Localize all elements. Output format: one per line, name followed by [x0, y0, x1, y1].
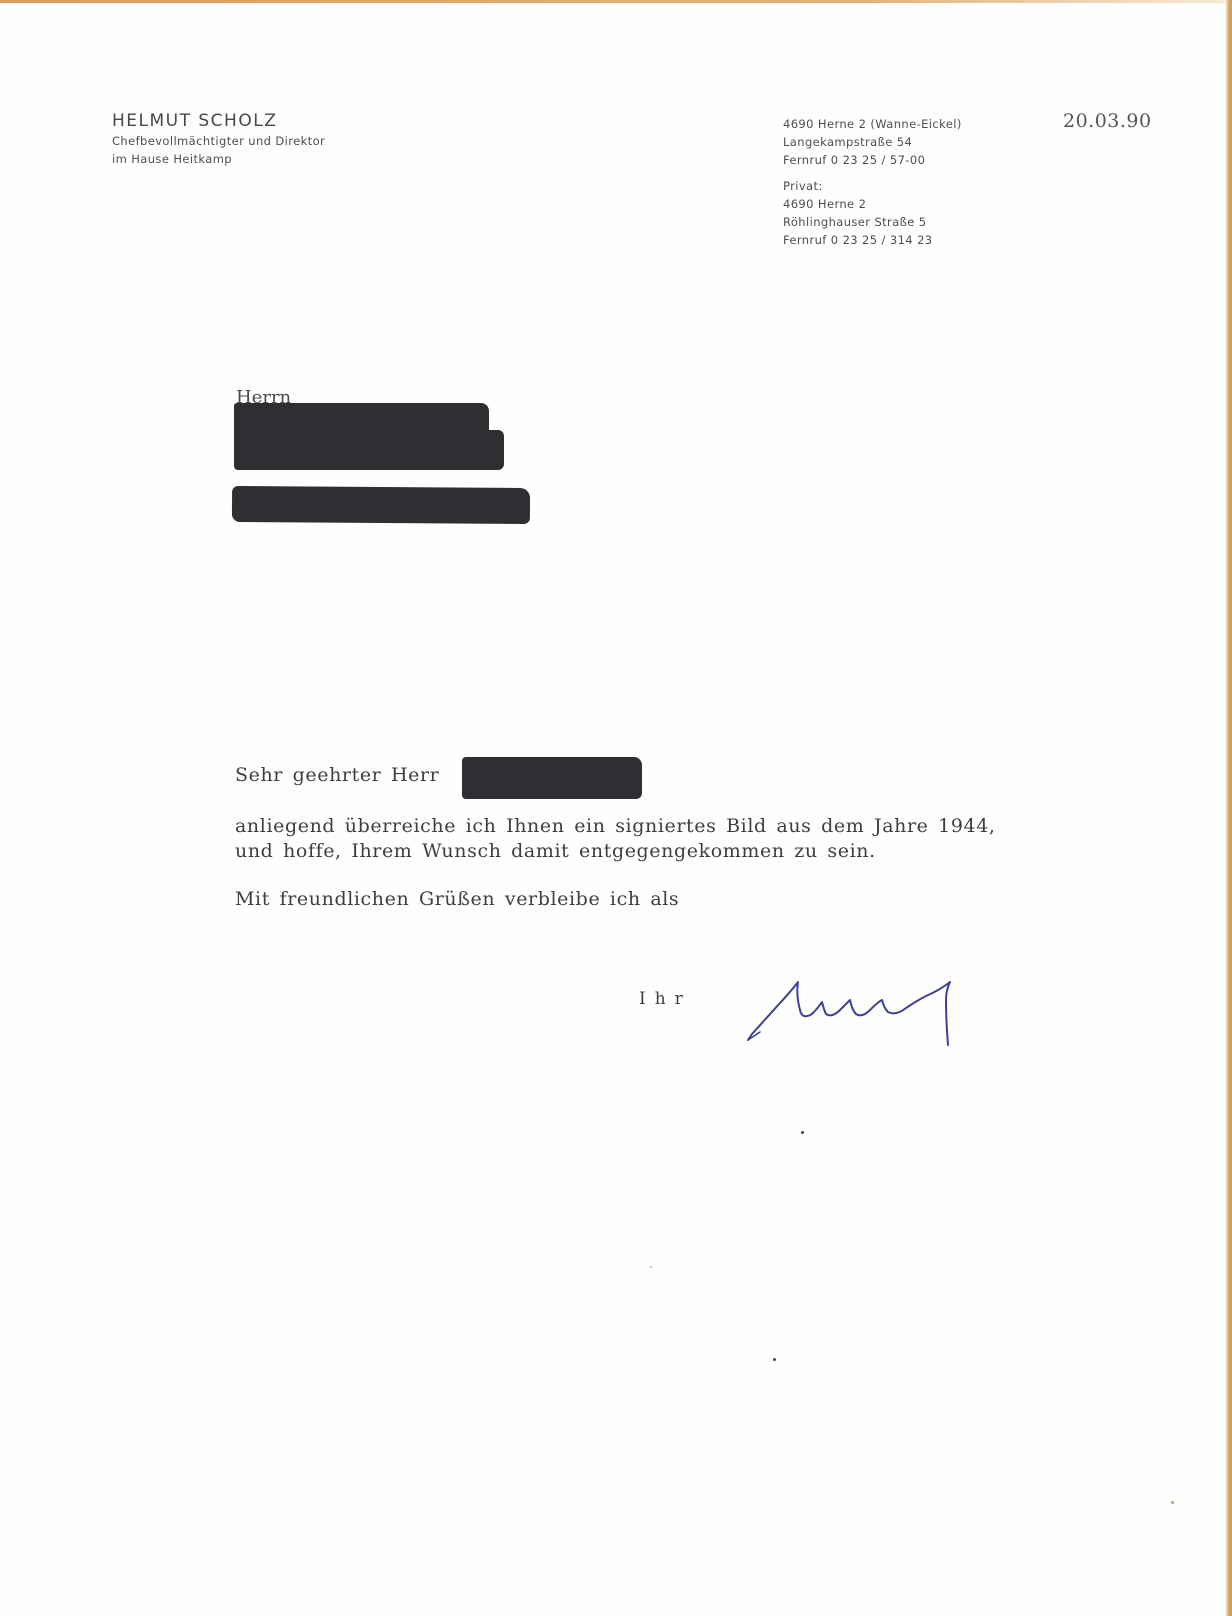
address-line: 4690 Herne 2 (Wanne-Eickel) [783, 115, 962, 133]
body-paragraph: anliegend überreiche ich Ihnen ein signi… [235, 814, 996, 864]
address-line: Privat: [783, 177, 962, 195]
paper-speck [1171, 1501, 1174, 1504]
letterhead-addresses: 4690 Herne 2 (Wanne-Eickel) Langekampstr… [783, 115, 962, 249]
paragraph-line: anliegend überreiche ich Ihnen ein signi… [235, 814, 996, 839]
sender-title-line: im Hause Heitkamp [112, 150, 325, 168]
paper-speck [650, 1266, 652, 1268]
paper-right-edge [1226, 0, 1232, 1616]
greeting-line: Sehr geehrter Herr [235, 764, 439, 786]
redaction-bar [462, 757, 642, 799]
address-line: Röhlinghauser Straße 5 [783, 213, 962, 231]
letter-date: 20.03.90 [1063, 110, 1152, 132]
sender-name: HELMUT SCHOLZ [112, 110, 325, 132]
address-line: Fernruf 0 23 25 / 57-00 [783, 151, 962, 169]
sender-title-line: Chefbevollmächtigter und Direktor [112, 132, 325, 150]
paper-top-edge [0, 0, 1232, 3]
redaction-bar [232, 486, 530, 524]
paragraph-line: und hoffe, Ihrem Wunsch damit entgegenge… [235, 839, 996, 864]
business-address: 4690 Herne 2 (Wanne-Eickel) Langekampstr… [783, 115, 962, 169]
private-address: Privat: 4690 Herne 2 Röhlinghauser Straß… [783, 177, 962, 249]
handwritten-signature [740, 970, 990, 1080]
recipient-block: Herrn [234, 385, 534, 525]
closing-line: Mit freundlichen Grüßen verbleibe ich al… [235, 888, 679, 910]
paper-speck [773, 1358, 776, 1361]
address-line: Langekampstraße 54 [783, 133, 962, 151]
address-line: Fernruf 0 23 25 / 314 23 [783, 231, 962, 249]
letterhead-sender: HELMUT SCHOLZ Chefbevollmächtigter und D… [112, 110, 325, 168]
redaction-bar [234, 430, 504, 470]
valediction: Ihr [639, 989, 692, 1009]
paper-speck [801, 1131, 804, 1134]
address-line: 4690 Herne 2 [783, 195, 962, 213]
